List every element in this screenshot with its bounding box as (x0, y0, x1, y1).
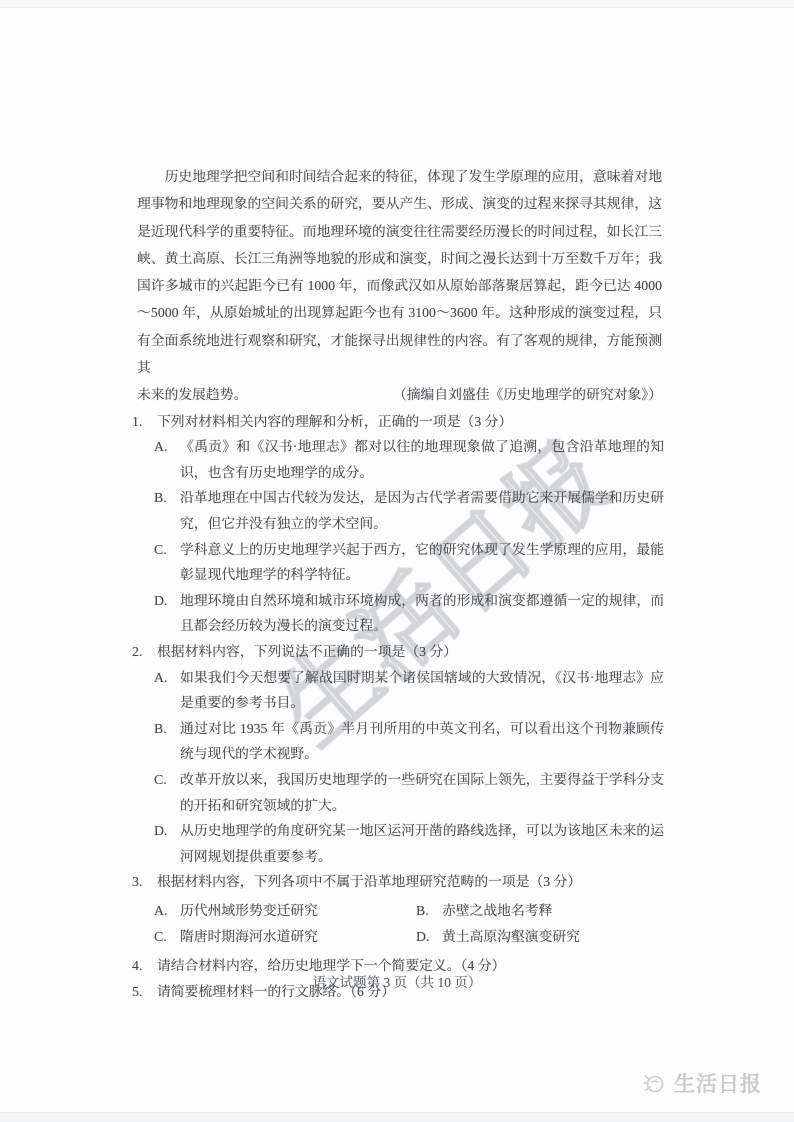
option-label: C. (154, 537, 167, 563)
option-text: 赤壁之战地名考释 (442, 903, 552, 918)
option-row: A. 《禹贡》和《汉书·地理志》都对以往的地理现象做了追溯，包含沿革地理的知识，… (132, 434, 664, 485)
passage-closing: 未来的发展趋势。 (137, 381, 247, 408)
option-row: C. 改革开放以来，我国历史地理学的一些研究在国际上领先，主要得益于学科分支的开… (132, 767, 664, 818)
option-row: D. 从历史地理学的角度研究某一地区运河开凿的路线选择，可以为该地区未来的运河网… (132, 818, 664, 869)
question-1-stem-line: 1. 下列对材料相关内容的理解和分析，正确的一项是（3 分） (132, 409, 664, 435)
question-stem: 根据材料内容，下列说法不正确的一项是（3 分） (157, 639, 457, 665)
option-text: 从历史地理学的角度研究某一地区运河开凿的路线选择，可以为该地区未来的运河网规划提… (180, 823, 664, 864)
question-number: 1. (132, 409, 157, 435)
question-number: 3. (132, 869, 157, 895)
option-row: B. 赤壁之战地名考释 (394, 898, 664, 924)
option-row: B. 沿革地理在中国古代较为发达，是因为古代学者需要借助它来开展儒学和历史研究，… (132, 485, 664, 536)
question-list: 1. 下列对材料相关内容的理解和分析，正确的一项是（3 分） A. 《禹贡》和《… (132, 409, 664, 1005)
scan-edge-bottom (0, 1112, 794, 1122)
brand-name: 生活日报 (674, 1068, 762, 1098)
option-label: A. (154, 898, 167, 924)
option-label: B. (416, 898, 429, 924)
option-row: D. 黄土高原沟壑演变研究 (394, 924, 664, 950)
question-3-options-grid: A. 历代州域形势变迁研究 B. 赤壁之战地名考释 C. 隋唐时期海河水道研究 … (132, 898, 664, 949)
option-text: 学科意义上的历史地理学兴起于西方，它的研究体现了发生学原理的应用，最能彰显现代地… (180, 542, 664, 583)
option-text: 如果我们今天想要了解战国时期某个诸侯国辖域的大致情况，《汉书·地理志》应是重要的… (180, 670, 664, 711)
passage-attribution: （摘编自刘盛佳《历史地理学的研究对象》） (393, 381, 662, 408)
option-row: D. 地理环境由自然环境和城市环境构成，两者的形成和演变都遵循一定的规律，而且都… (132, 588, 664, 639)
option-label: D. (154, 588, 167, 614)
option-text: 《禹贡》和《汉书·地理志》都对以往的地理现象做了追溯，包含沿革地理的知识，也含有… (180, 439, 664, 480)
option-label: A. (154, 434, 167, 460)
option-label: B. (154, 485, 167, 511)
passage-last-line: 未来的发展趋势。 （摘编自刘盛佳《历史地理学的研究对象》） (137, 381, 662, 408)
exam-content: 历史地理学把空间和时间结合起来的特征，体现了发生学原理的应用，意味着对地理事物和… (0, 0, 794, 1122)
option-row: B. 通过对比 1935 年《禹贡》半月刊所用的中英文刊名，可以看出这个刊物兼顾… (132, 716, 664, 767)
option-text: 隋唐时期海河水道研究 (180, 929, 318, 944)
question-1: 1. 下列对材料相关内容的理解和分析，正确的一项是（3 分） A. 《禹贡》和《… (132, 409, 664, 639)
option-label: B. (154, 716, 167, 742)
option-row: C. 隋唐时期海河水道研究 (132, 924, 394, 950)
option-text: 历代州域形势变迁研究 (180, 903, 318, 918)
option-text: 地理环境由自然环境和城市环境构成，两者的形成和演变都遵循一定的规律，而且都会经历… (180, 593, 664, 634)
option-text: 通过对比 1935 年《禹贡》半月刊所用的中英文刊名，可以看出这个刊物兼顾传统与… (180, 721, 664, 762)
question-stem: 根据材料内容，下列各项中不属于沿革地理研究范畴的一项是（3 分） (157, 869, 581, 895)
question-stem: 下列对材料相关内容的理解和分析，正确的一项是（3 分） (157, 409, 512, 435)
option-text: 沿革地理在中国古代较为发达，是因为古代学者需要借助它来开展儒学和历史研究，但它并… (180, 490, 664, 531)
option-label: D. (416, 924, 429, 950)
option-row: A. 如果我们今天想要了解战国时期某个诸侯国辖域的大致情况，《汉书·地理志》应是… (132, 665, 664, 716)
question-2-stem-line: 2. 根据材料内容，下列说法不正确的一项是（3 分） (132, 639, 664, 665)
question-3-stem-line: 3. 根据材料内容，下列各项中不属于沿革地理研究范畴的一项是（3 分） (132, 869, 664, 895)
option-row: A. 历代州域形势变迁研究 (132, 898, 394, 924)
option-label: C. (154, 767, 167, 793)
question-3: 3. 根据材料内容，下列各项中不属于沿革地理研究范畴的一项是（3 分） A. 历… (132, 869, 664, 949)
option-label: C. (154, 924, 167, 950)
brand-logo: 生活日报 (641, 1068, 762, 1098)
option-row: C. 学科意义上的历史地理学兴起于西方，它的研究体现了发生学原理的应用，最能彰显… (132, 537, 664, 588)
option-text: 黄土高原沟壑演变研究 (442, 929, 580, 944)
option-label: D. (154, 818, 167, 844)
question-2: 2. 根据材料内容，下列说法不正确的一项是（3 分） A. 如果我们今天想要了解… (132, 639, 664, 869)
passage-paragraph: 历史地理学把空间和时间结合起来的特征，体现了发生学原理的应用，意味着对地理事物和… (137, 163, 662, 381)
option-text: 改革开放以来，我国历史地理学的一些研究在国际上领先，主要得益于学科分支的开拓和研… (180, 772, 664, 813)
page-footer: 语文试题第 3 页（共 10 页） (0, 971, 794, 991)
question-number: 2. (132, 639, 157, 665)
option-label: A. (154, 665, 167, 691)
bird-logo-icon (641, 1070, 667, 1096)
scanned-exam-page: 生活日报 历史地理学把空间和时间结合起来的特征，体现了发生学原理的应用，意味着对… (0, 0, 794, 1122)
